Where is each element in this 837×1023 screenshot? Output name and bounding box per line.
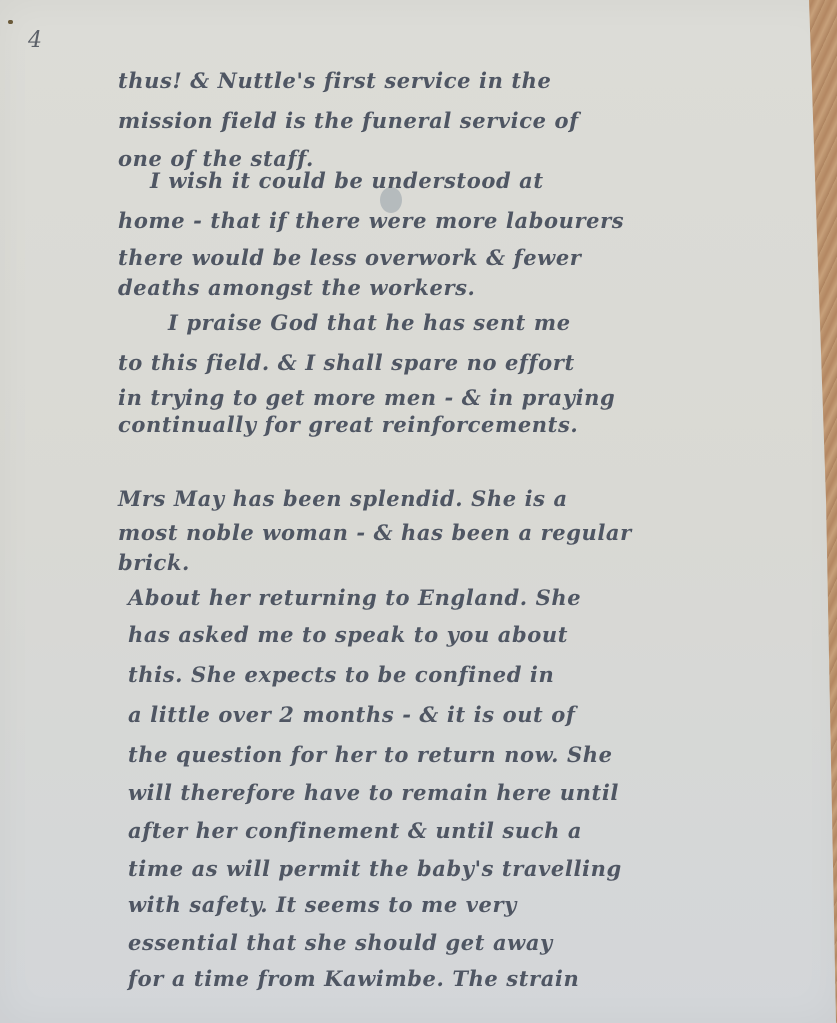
text-line: About her returning to England. She (128, 585, 581, 610)
text-line: home - that if there were more labourers (118, 208, 624, 233)
text-line: in trying to get more men - & in praying (118, 385, 615, 410)
text-line: for a time from Kawimbe. The strain (128, 966, 579, 991)
page-number: 4 (28, 28, 42, 53)
text-line: I praise God that he has sent me (168, 310, 571, 335)
text-line: this. She expects to be confined in (128, 662, 554, 687)
text-line: will therefore have to remain here until (128, 780, 619, 805)
text-line: continually for great reinforcements. (118, 412, 578, 437)
text-line: brick. (118, 550, 190, 575)
text-line: thus! & Nuttle's first service in the (118, 68, 552, 93)
text-line: essential that she should get away (128, 930, 553, 955)
text-line: with safety. It seems to me very (128, 892, 517, 917)
text-line: the question for her to return now. She (128, 742, 613, 767)
letter-page: 4 thus! & Nuttle's first service in the … (0, 0, 837, 1023)
text-line: to this field. & I shall spare no effort (118, 350, 575, 375)
text-line: Mrs May has been splendid. She is a (118, 486, 568, 511)
text-line: deaths amongst the workers. (118, 275, 475, 300)
text-line: most noble woman - & has been a regular (118, 520, 632, 545)
text-line: has asked me to speak to you about (128, 622, 568, 647)
text-line: a little over 2 months - & it is out of (128, 702, 576, 727)
text-line: there would be less overwork & fewer (118, 245, 581, 270)
text-line: after her confinement & until such a (128, 818, 582, 843)
text-line: mission field is the funeral service of (118, 108, 579, 133)
text-line: I wish it could be understood at (150, 168, 544, 193)
text-line: time as will permit the baby's travellin… (128, 856, 622, 881)
paper-speck (8, 20, 13, 24)
